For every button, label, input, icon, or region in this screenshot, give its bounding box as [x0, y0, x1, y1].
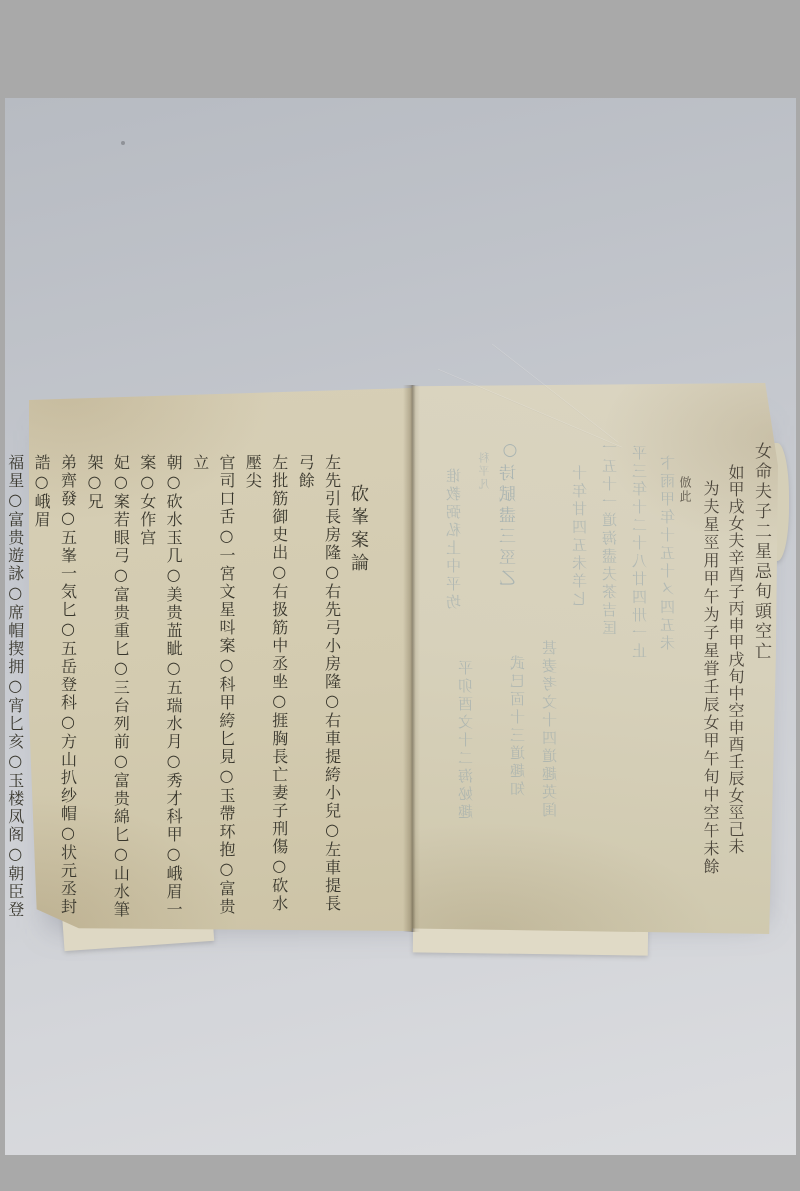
bleedthrough-column: 武巳靣十三道趣知 [507, 655, 528, 799]
left-page-column: 妃○案若眼弓○富贵重匕○三台列前○富贵綿匕○山水筆架○兄 [81, 454, 134, 928]
bleedthrough-column: ○诗賦盡三巠乙 [497, 440, 522, 590]
bleedthrough-column: 卞雨甲年十五十㐅四五未 [657, 455, 678, 653]
left-page-text: 砍峯案論 左先引長房隆○右先弓小房隆○右車提絝小兒○左車提長弓餘 左批筋御史出○… [27, 454, 371, 928]
surface-speck [121, 141, 125, 145]
bleedthrough-column: 平三年十二十八廿四卅一止 [629, 445, 650, 661]
right-page-text: 女命夫子二星忌旬頭空亡 如甲戌女夫辛酉子丙申甲戌旬中空申酉壬辰女巠己未 为夫星巠… [695, 442, 773, 942]
left-page-column: 官司口舌○一宮文星呌案○科甲絝匕見○玉帶环抱○富贵立 [186, 454, 239, 928]
photo-surface: 砍峯案論 左先引長房隆○右先弓小房隆○右車提絝小兒○左車提長弓餘 左批筋御史出○… [5, 98, 796, 1155]
left-page-column: 福星○富贵遊詠○席帽揳拥○宵匕亥○玉楼凤阁○朝臣登甲帳 [0, 454, 28, 928]
left-page-column: 朝○砍水玉几○美贵䒸眦○五瑞水月○秀才科甲○峨眉一案○女作宫 [133, 454, 186, 928]
right-page-column: 为夫星巠用甲午为子星甞壬辰女甲午旬中空午未餘 [698, 442, 723, 942]
bleedthrough-column: 十年甘四五未羊匕 [569, 465, 590, 609]
left-page-column: 左批筋御史出○右扱筋中丞㘴○捱胸長亡妻子刑傷○砍水壓尖 [239, 454, 292, 928]
bleedthrough-column: 科平凡 [477, 452, 493, 491]
bleedthrough-column: 谁教弼私上中平㘯 [443, 468, 464, 612]
bleedthrough-column: 一五十一道海盡夫茶吉匡 [599, 440, 620, 638]
annotation-note: 倣此 [677, 476, 694, 504]
bleedthrough-column: 甚妻考文十四道趣英闺 [539, 640, 560, 820]
left-page-title-column: 砍峯案論 [345, 454, 371, 928]
left-page-column: 左先引長房隆○右先弓小房隆○右車提絝小兒○左車提長弓餘 [292, 454, 345, 928]
page-gutter [403, 385, 420, 932]
bleedthrough-column: 平卯酉文十二海妼趣 [455, 660, 476, 822]
left-page-column: 弟齊發○五峯一気匕○五岳登科○方山扒纱帽○状元丞封誥○峨眉 [28, 454, 81, 928]
right-page-column: 女命夫子二星忌旬頭空亡 [748, 442, 773, 942]
right-page-column: 如甲戌女夫辛酉子丙申甲戌旬中空申酉壬辰女巠己未 [723, 442, 748, 942]
